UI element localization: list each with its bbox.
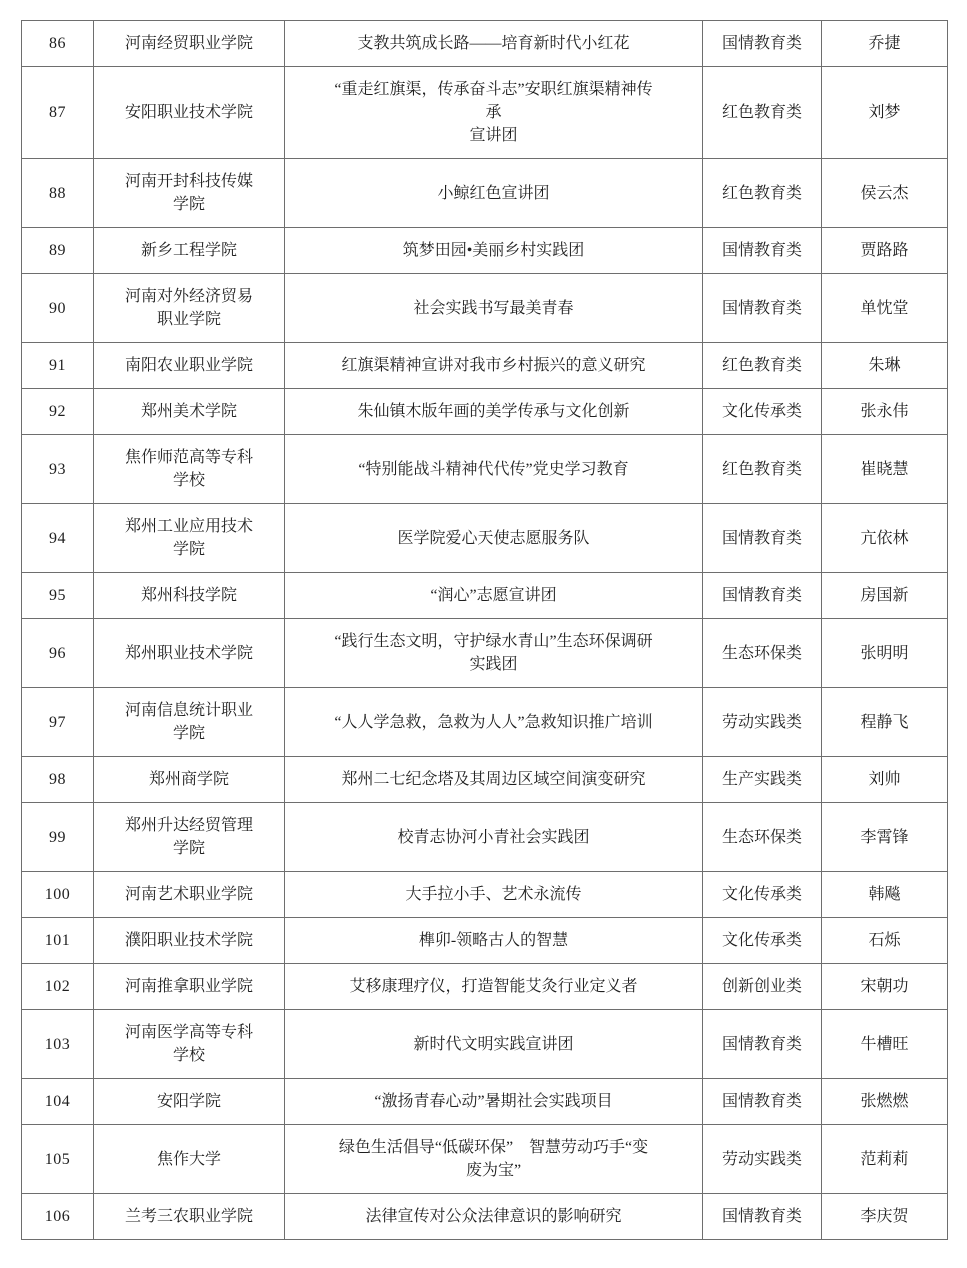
row-number-cell: 100: [22, 872, 94, 918]
leader-name-cell: 程静飞: [822, 688, 948, 757]
school-cell: 郑州科技学院: [94, 573, 285, 619]
table-row: 104 安阳学院 “激扬青春心动”暑期社会实践项目 国情教育类 张燃燃: [22, 1079, 948, 1125]
table-row: 92 郑州美术学院 朱仙镇木版年画的美学传承与文化创新 文化传承类 张永伟: [22, 389, 948, 435]
leader-name-cell: 房国新: [822, 573, 948, 619]
leader-name-cell: 乔捷: [822, 21, 948, 67]
school-cell: 安阳学院: [94, 1079, 285, 1125]
leader-name-cell: 李霄锋: [822, 803, 948, 872]
school-cell: 濮阳职业技术学院: [94, 918, 285, 964]
category-cell: 红色教育类: [703, 67, 822, 159]
school-cell: 郑州职业技术学院: [94, 619, 285, 688]
row-number-cell: 90: [22, 274, 94, 343]
project-cell: 筑梦田园•美丽乡村实践团: [285, 228, 703, 274]
project-cell: 榫卯-领略古人的智慧: [285, 918, 703, 964]
leader-name-cell: 刘帅: [822, 757, 948, 803]
category-cell: 国情教育类: [703, 1010, 822, 1079]
table-row: 88 河南开封科技传媒 学院 小鲸红色宣讲团 红色教育类 侯云杰: [22, 159, 948, 228]
row-number-cell: 104: [22, 1079, 94, 1125]
leader-name-cell: 侯云杰: [822, 159, 948, 228]
project-cell: 校青志协河小青社会实践团: [285, 803, 703, 872]
row-number-cell: 89: [22, 228, 94, 274]
row-number-cell: 95: [22, 573, 94, 619]
leader-name-cell: 范莉莉: [822, 1125, 948, 1194]
table-row: 87 安阳职业技术学院 “重走红旗渠，传承奋斗志”安职红旗渠精神传 承 宣讲团 …: [22, 67, 948, 159]
row-number-cell: 97: [22, 688, 94, 757]
school-cell: 河南医学高等专科 学校: [94, 1010, 285, 1079]
leader-name-cell: 贾路路: [822, 228, 948, 274]
row-number-cell: 106: [22, 1194, 94, 1240]
row-number-cell: 93: [22, 435, 94, 504]
table-row: 102 河南推拿职业学院 艾移康理疗仪，打造智能艾灸行业定义者 创新创业类 宋朝…: [22, 964, 948, 1010]
row-number-cell: 94: [22, 504, 94, 573]
table-row: 86 河南经贸职业学院 支教共筑成长路——培育新时代小红花 国情教育类 乔捷: [22, 21, 948, 67]
table-row: 101 濮阳职业技术学院 榫卯-领略古人的智慧 文化传承类 石烁: [22, 918, 948, 964]
school-cell: 河南对外经济贸易 职业学院: [94, 274, 285, 343]
project-cell: “践行生态文明，守护绿水青山”生态环保调研 实践团: [285, 619, 703, 688]
category-cell: 国情教育类: [703, 504, 822, 573]
leader-name-cell: 牛槽旺: [822, 1010, 948, 1079]
leader-name-cell: 单忱堂: [822, 274, 948, 343]
table-row: 97 河南信息统计职业 学院 “人人学急救，急救为人人”急救知识推广培训 劳动实…: [22, 688, 948, 757]
table-row: 94 郑州工业应用技术 学院 医学院爱心天使志愿服务队 国情教育类 亢依林: [22, 504, 948, 573]
school-cell: 郑州美术学院: [94, 389, 285, 435]
school-cell: 新乡工程学院: [94, 228, 285, 274]
project-cell: 法律宣传对公众法律意识的影响研究: [285, 1194, 703, 1240]
school-cell: 安阳职业技术学院: [94, 67, 285, 159]
category-cell: 生态环保类: [703, 619, 822, 688]
table-row: 100 河南艺术职业学院 大手拉小手、艺术永流传 文化传承类 韩飚: [22, 872, 948, 918]
leader-name-cell: 宋朝功: [822, 964, 948, 1010]
project-cell: “润心”志愿宣讲团: [285, 573, 703, 619]
row-number-cell: 92: [22, 389, 94, 435]
school-cell: 郑州工业应用技术 学院: [94, 504, 285, 573]
leader-name-cell: 张燃燃: [822, 1079, 948, 1125]
leader-name-cell: 崔晓慧: [822, 435, 948, 504]
category-cell: 红色教育类: [703, 343, 822, 389]
category-cell: 国情教育类: [703, 1079, 822, 1125]
row-number-cell: 86: [22, 21, 94, 67]
project-cell: 绿色生活倡导“低碳环保” 智慧劳动巧手“变 废为宝”: [285, 1125, 703, 1194]
row-number-cell: 87: [22, 67, 94, 159]
table-row: 91 南阳农业职业学院 红旗渠精神宣讲对我市乡村振兴的意义研究 红色教育类 朱琳: [22, 343, 948, 389]
leader-name-cell: 朱琳: [822, 343, 948, 389]
school-cell: 河南经贸职业学院: [94, 21, 285, 67]
category-cell: 红色教育类: [703, 435, 822, 504]
leader-name-cell: 张永伟: [822, 389, 948, 435]
project-cell: 红旗渠精神宣讲对我市乡村振兴的意义研究: [285, 343, 703, 389]
project-cell: 朱仙镇木版年画的美学传承与文化创新: [285, 389, 703, 435]
school-cell: 河南信息统计职业 学院: [94, 688, 285, 757]
row-number-cell: 91: [22, 343, 94, 389]
table-row: 96 郑州职业技术学院 “践行生态文明，守护绿水青山”生态环保调研 实践团 生态…: [22, 619, 948, 688]
project-cell: “激扬青春心动”暑期社会实践项目: [285, 1079, 703, 1125]
category-cell: 红色教育类: [703, 159, 822, 228]
row-number-cell: 88: [22, 159, 94, 228]
category-cell: 文化传承类: [703, 872, 822, 918]
leader-name-cell: 亢依林: [822, 504, 948, 573]
table-row: 98 郑州商学院 郑州二七纪念塔及其周边区域空间演变研究 生产实践类 刘帅: [22, 757, 948, 803]
table-row: 103 河南医学高等专科 学校 新时代文明实践宣讲团 国情教育类 牛槽旺: [22, 1010, 948, 1079]
category-cell: 国情教育类: [703, 21, 822, 67]
table-body: 86 河南经贸职业学院 支教共筑成长路——培育新时代小红花 国情教育类 乔捷 8…: [22, 21, 948, 1240]
school-cell: 焦作大学: [94, 1125, 285, 1194]
category-cell: 文化传承类: [703, 389, 822, 435]
school-cell: 河南推拿职业学院: [94, 964, 285, 1010]
category-cell: 国情教育类: [703, 573, 822, 619]
leader-name-cell: 李庆贺: [822, 1194, 948, 1240]
category-cell: 创新创业类: [703, 964, 822, 1010]
project-cell: 郑州二七纪念塔及其周边区域空间演变研究: [285, 757, 703, 803]
category-cell: 国情教育类: [703, 228, 822, 274]
document-page: 86 河南经贸职业学院 支教共筑成长路——培育新时代小红花 国情教育类 乔捷 8…: [0, 0, 967, 1268]
table-row: 105 焦作大学 绿色生活倡导“低碳环保” 智慧劳动巧手“变 废为宝” 劳动实践…: [22, 1125, 948, 1194]
leader-name-cell: 韩飚: [822, 872, 948, 918]
category-cell: 文化传承类: [703, 918, 822, 964]
category-cell: 生态环保类: [703, 803, 822, 872]
school-cell: 兰考三农职业学院: [94, 1194, 285, 1240]
project-cell: 艾移康理疗仪，打造智能艾灸行业定义者: [285, 964, 703, 1010]
project-cell: 大手拉小手、艺术永流传: [285, 872, 703, 918]
project-cell: “重走红旗渠，传承奋斗志”安职红旗渠精神传 承 宣讲团: [285, 67, 703, 159]
row-number-cell: 96: [22, 619, 94, 688]
table-row: 106 兰考三农职业学院 法律宣传对公众法律意识的影响研究 国情教育类 李庆贺: [22, 1194, 948, 1240]
category-cell: 生产实践类: [703, 757, 822, 803]
row-number-cell: 99: [22, 803, 94, 872]
project-cell: “特别能战斗精神代代传”党史学习教育: [285, 435, 703, 504]
project-cell: 小鲸红色宣讲团: [285, 159, 703, 228]
table-row: 93 焦作师范高等专科 学校 “特别能战斗精神代代传”党史学习教育 红色教育类 …: [22, 435, 948, 504]
category-cell: 劳动实践类: [703, 1125, 822, 1194]
project-cell: 新时代文明实践宣讲团: [285, 1010, 703, 1079]
school-cell: 郑州升达经贸管理 学院: [94, 803, 285, 872]
table-row: 90 河南对外经济贸易 职业学院 社会实践书写最美青春 国情教育类 单忱堂: [22, 274, 948, 343]
school-cell: 河南艺术职业学院: [94, 872, 285, 918]
category-cell: 国情教育类: [703, 1194, 822, 1240]
row-number-cell: 101: [22, 918, 94, 964]
row-number-cell: 102: [22, 964, 94, 1010]
school-cell: 南阳农业职业学院: [94, 343, 285, 389]
row-number-cell: 105: [22, 1125, 94, 1194]
table-row: 89 新乡工程学院 筑梦田园•美丽乡村实践团 国情教育类 贾路路: [22, 228, 948, 274]
category-cell: 国情教育类: [703, 274, 822, 343]
leader-name-cell: 刘梦: [822, 67, 948, 159]
project-cell: “人人学急救，急救为人人”急救知识推广培训: [285, 688, 703, 757]
table-row: 95 郑州科技学院 “润心”志愿宣讲团 国情教育类 房国新: [22, 573, 948, 619]
leader-name-cell: 张明明: [822, 619, 948, 688]
project-cell: 医学院爱心天使志愿服务队: [285, 504, 703, 573]
leader-name-cell: 石烁: [822, 918, 948, 964]
social-practice-table: 86 河南经贸职业学院 支教共筑成长路——培育新时代小红花 国情教育类 乔捷 8…: [21, 20, 948, 1240]
project-cell: 支教共筑成长路——培育新时代小红花: [285, 21, 703, 67]
school-cell: 河南开封科技传媒 学院: [94, 159, 285, 228]
school-cell: 郑州商学院: [94, 757, 285, 803]
table-row: 99 郑州升达经贸管理 学院 校青志协河小青社会实践团 生态环保类 李霄锋: [22, 803, 948, 872]
school-cell: 焦作师范高等专科 学校: [94, 435, 285, 504]
row-number-cell: 98: [22, 757, 94, 803]
row-number-cell: 103: [22, 1010, 94, 1079]
category-cell: 劳动实践类: [703, 688, 822, 757]
project-cell: 社会实践书写最美青春: [285, 274, 703, 343]
